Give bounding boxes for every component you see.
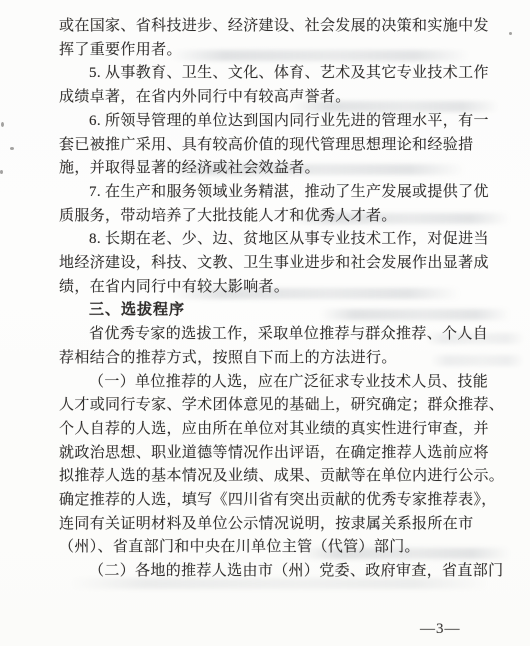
text-line: 或在国家、省科技进步、经济建设、社会发展的决策和实施中发 [59, 15, 475, 39]
text-line: 地经济建设，科技、文教、卫生事业进步和社会发展作出显著成 [59, 252, 475, 276]
text-line: 5. 从事教育、卫生、文化、体育、艺术及其它专业技术工作 [59, 62, 475, 86]
scan-speck [0, 170, 3, 174]
text-line: 拟推荐人选的基本情况及业绩、成果、贡献等在单位内进行公示。 [59, 465, 475, 489]
text-line: 施，并取得显著的经济或社会效益者。 [59, 157, 475, 181]
text-line: 个人自荐的人选，应由所在单位对其业绩的真实性进行审查，并 [59, 418, 475, 442]
text-line: 确定推荐的人选，填写《四川省有突出贡献的优秀专家推荐表》， [59, 489, 475, 513]
text-line: （一）单位推荐的人选，应在广泛征求专业技术人员、技能 [59, 371, 475, 395]
scan-speck [10, 147, 14, 150]
text-line: 8. 长期在老、少、边、贫地区从事专业技术工作，对促进当 [59, 228, 475, 252]
text-line: 就政治思想、职业道德等情况作出评语，在确定推荐人选前应将 [59, 442, 475, 466]
text-line: 成绩卓著，在省内外同行中有较高声誉者。 [59, 86, 475, 110]
section-heading: 三、选拔程序 [59, 299, 475, 323]
text-line: 套已被推广采用、具有较高价值的现代管理思想理论和经验措 [59, 134, 475, 158]
text-line: 荐相结合的推荐方式，按照自下而上的方法进行。 [59, 347, 475, 371]
document-body: 或在国家、省科技进步、经济建设、社会发展的决策和实施中发挥了重要作用者。5. 从… [59, 15, 475, 584]
text-line: 7. 在生产和服务领域业务精湛，推动了生产发展或提供了优 [59, 181, 475, 205]
text-line: 质服务，带动培养了大批技能人才和优秀人才者。 [59, 205, 475, 229]
text-line: 挥了重要作用者。 [59, 39, 475, 63]
text-line: （州）、省直部门和中央在川单位主管（代管）部门。 [59, 536, 475, 560]
text-line: 6. 所领导管理的单位达到国内同行业先进的管理水平，有一 [59, 110, 475, 134]
scan-speck [509, 32, 512, 35]
scanned-document-page: 或在国家、省科技进步、经济建设、社会发展的决策和实施中发挥了重要作用者。5. 从… [0, 0, 530, 646]
scan-speck [1, 122, 4, 127]
page-number: —3— [420, 621, 461, 638]
text-line: 连同有关证明材料及单位公示情况说明，按隶属关系报所在市 [59, 513, 475, 537]
text-line: 绩，在省内同行中有较大影响者。 [59, 276, 475, 300]
text-line: 省优秀专家的选拔工作，采取单位推荐与群众推荐、个人自 [59, 323, 475, 347]
text-line: 人才或同行专家、学术团体意见的基础上，研究确定；群众推荐、 [59, 394, 475, 418]
text-line: （二）各地的推荐人选由市（州）党委、政府审查，省直部门 [59, 560, 475, 584]
